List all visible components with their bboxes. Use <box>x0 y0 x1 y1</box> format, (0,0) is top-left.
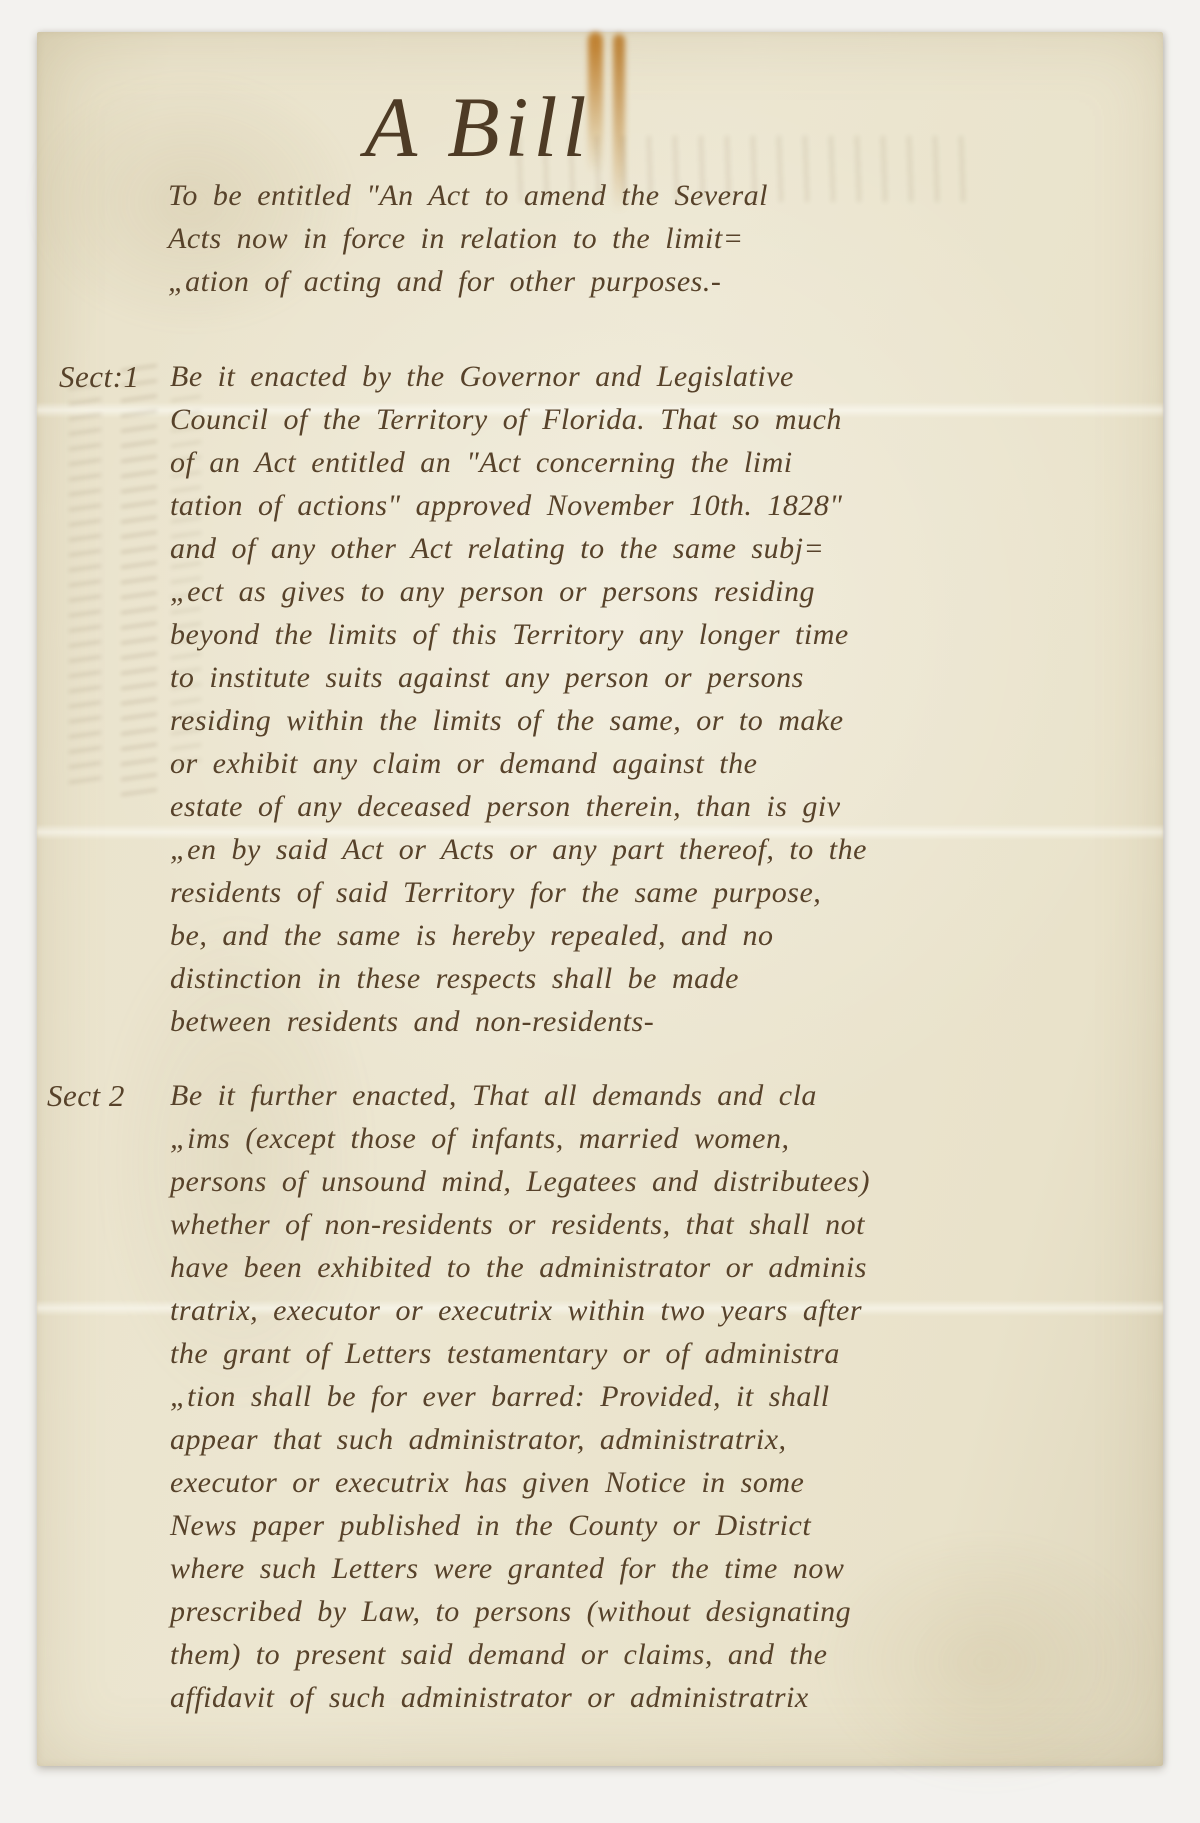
manuscript-line: distinction in these respects shall be m… <box>170 957 867 1000</box>
manuscript-line: persons of unsound mind, Legatees and di… <box>170 1160 870 1203</box>
manuscript-line: prescribed by Law, to persons (without d… <box>170 1590 870 1633</box>
manuscript-line: Be it enacted by the Governor and Legisl… <box>170 355 867 398</box>
ink-bleedthrough-smudge <box>69 380 101 790</box>
subtitle-line: To be entitled "An Act to amend the Seve… <box>168 174 768 217</box>
section-2-text: Be it further enacted, That all demands … <box>170 1074 870 1719</box>
manuscript-line: and of any other Act relating to the sam… <box>170 527 867 570</box>
manuscript-line: beyond the limits of this Territory any … <box>170 613 867 656</box>
manuscript-line: estate of any deceased person therein, t… <box>170 785 867 828</box>
manuscript-line: residing within the limits of the same, … <box>170 699 867 742</box>
manuscript-line: appear that such administrator, administ… <box>170 1418 870 1461</box>
subtitle-line: Acts now in force in relation to the lim… <box>168 217 768 260</box>
manuscript-line: where such Letters were granted for the … <box>170 1547 870 1590</box>
manuscript-line: tratrix, executor or executrix within tw… <box>170 1289 870 1332</box>
section-2-marker: Sect 2 <box>47 1078 125 1114</box>
manuscript-line: „en by said Act or Acts or any part ther… <box>170 828 867 871</box>
manuscript-line: „tion shall be for ever barred: Provided… <box>170 1375 870 1418</box>
document-scan: { "colors": { "paper": "#e9e2cb", "ink":… <box>0 0 1200 1823</box>
manuscript-line: have been exhibited to the administrator… <box>170 1246 870 1289</box>
manuscript-line: residents of said Territory for the same… <box>170 871 867 914</box>
manuscript-line: executor or executrix has given Notice i… <box>170 1461 870 1504</box>
manuscript-line: whether of non-residents or residents, t… <box>170 1203 870 1246</box>
bill-subtitle: To be entitled "An Act to amend the Seve… <box>168 174 768 303</box>
manuscript-line: the grant of Letters testamentary or of … <box>170 1332 870 1375</box>
ink-bleedthrough-smudge <box>121 362 157 802</box>
manuscript-line: or exhibit any claim or demand against t… <box>170 742 867 785</box>
manuscript-line: Be it further enacted, That all demands … <box>170 1074 870 1117</box>
manuscript-line: tation of actions" approved November 10t… <box>170 484 867 527</box>
paper-sheet: A Bill To be entitled "An Act to amend t… <box>37 32 1163 1766</box>
manuscript-line: Council of the Territory of Florida. Tha… <box>170 398 867 441</box>
manuscript-line: of an Act entitled an "Act concerning th… <box>170 441 867 484</box>
section-1-text: Be it enacted by the Governor and Legisl… <box>170 355 867 1043</box>
manuscript-line: affidavit of such administrator or admin… <box>170 1676 870 1719</box>
manuscript-line: to institute suits against any person or… <box>170 656 867 699</box>
manuscript-line: them) to present said demand or claims, … <box>170 1633 870 1676</box>
manuscript-line: between residents and non-residents- <box>170 1000 867 1043</box>
bill-title: A Bill <box>0 84 1041 170</box>
subtitle-line: „ation of acting and for other purposes.… <box>168 260 768 303</box>
manuscript-line: „ims (except those of infants, married w… <box>170 1117 870 1160</box>
manuscript-line: „ect as gives to any person or persons r… <box>170 570 867 613</box>
manuscript-line: News paper published in the County or Di… <box>170 1504 870 1547</box>
manuscript-line: be, and the same is hereby repealed, and… <box>170 914 867 957</box>
section-1-marker: Sect:1 <box>59 359 139 395</box>
